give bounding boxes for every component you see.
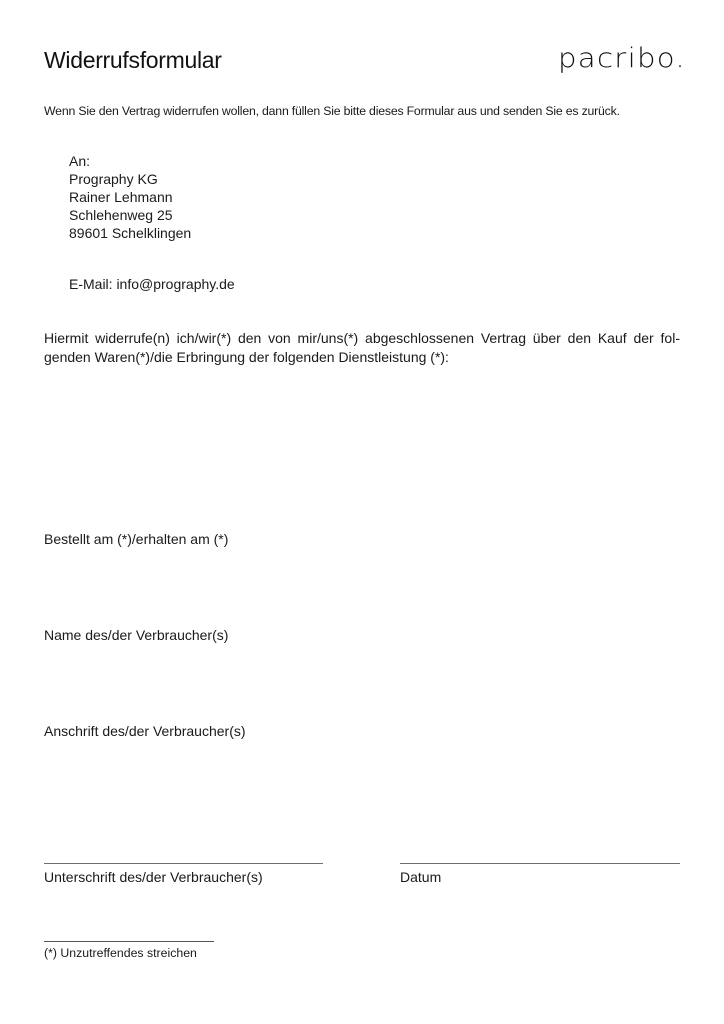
signature-label: Unterschrift des/der Verbraucher(s)	[44, 869, 263, 885]
consumer-name-field[interactable]: Name des/der Verbraucher(s)	[44, 627, 228, 643]
recipient-city: 89601 Schelklingen	[69, 224, 191, 242]
date-line[interactable]	[400, 863, 680, 864]
footnote: (*) Unzutreffendes streichen	[44, 946, 197, 960]
recipient-company: Prography KG	[69, 170, 191, 188]
footnote-divider	[44, 941, 214, 942]
signature-line[interactable]	[44, 863, 323, 864]
page-title: Widerrufsformular	[44, 47, 222, 74]
recipient-street: Schlehenweg 25	[69, 206, 191, 224]
statement-line-1: Hiermit widerrufe(n) ich/wir(*) den von …	[44, 329, 680, 348]
consumer-address-field[interactable]: Anschrift des/der Verbraucher(s)	[44, 723, 246, 739]
recipient-email: E-Mail: info@prography.de	[69, 276, 235, 292]
recipient-label: An:	[69, 152, 191, 170]
ordered-received-field[interactable]: Bestellt am (*)/erhalten am (*)	[44, 531, 228, 547]
recipient-address: An: Prography KG Rainer Lehmann Schlehen…	[69, 152, 191, 242]
intro-text: Wenn Sie den Vertrag widerrufen wollen, …	[44, 104, 620, 118]
brand-logo: pacribo.	[558, 43, 686, 74]
withdrawal-statement: Hiermit widerrufe(n) ich/wir(*) den von …	[44, 329, 680, 366]
statement-line-2: genden Waren(*)/die Erbringung der folge…	[44, 348, 680, 367]
date-label: Datum	[400, 869, 441, 885]
recipient-person: Rainer Lehmann	[69, 188, 191, 206]
